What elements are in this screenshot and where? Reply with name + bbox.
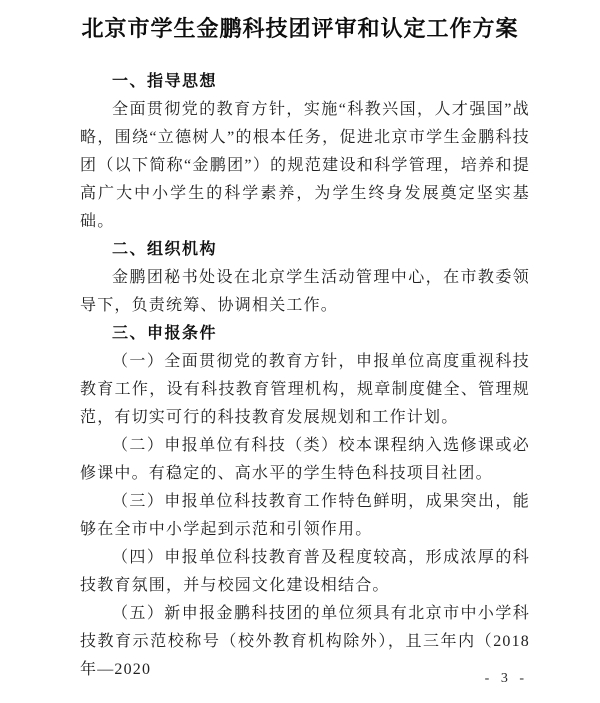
paragraph: （五）新申报金鹏科技团的单位须具有北京市中小学科技教育示范校称号（校外教育机构除… xyxy=(80,600,530,684)
section-heading-organization: 二、组织机构 xyxy=(80,236,530,264)
paragraph: （二）申报单位有科技（类）校本课程纳入选修课或必修课中。有稳定的、高水平的学生特… xyxy=(80,432,530,488)
document-body: 一、指导思想 全面贯彻党的教育方针，实施“科教兴国，人才强国”战略，围绕“立德树… xyxy=(80,68,530,684)
paragraph: 全面贯彻党的教育方针，实施“科教兴国，人才强国”战略，围绕“立德树人”的根本任务… xyxy=(80,96,530,236)
page-title: 北京市学生金鹏科技团评审和认定工作方案 xyxy=(40,14,560,44)
section-heading-application-conditions: 三、申报条件 xyxy=(80,320,530,348)
section-heading-guiding-ideology: 一、指导思想 xyxy=(80,68,530,96)
paragraph: 金鹏团秘书处设在北京学生活动管理中心，在市教委领导下，负责统筹、协调相关工作。 xyxy=(80,264,530,320)
page-number: - 3 - xyxy=(485,671,528,687)
paragraph: （四）申报单位科技教育普及程度较高，形成浓厚的科技教育氛围，并与校园文化建设相结… xyxy=(80,544,530,600)
document-page: 北京市学生金鹏科技团评审和认定工作方案 一、指导思想 全面贯彻党的教育方针，实施… xyxy=(0,0,600,703)
paragraph: （三）申报单位科技教育工作特色鲜明，成果突出，能够在全市中小学起到示范和引领作用… xyxy=(80,488,530,544)
paragraph: （一）全面贯彻党的教育方针，申报单位高度重视科技教育工作，设有科技教育管理机构，… xyxy=(80,348,530,432)
